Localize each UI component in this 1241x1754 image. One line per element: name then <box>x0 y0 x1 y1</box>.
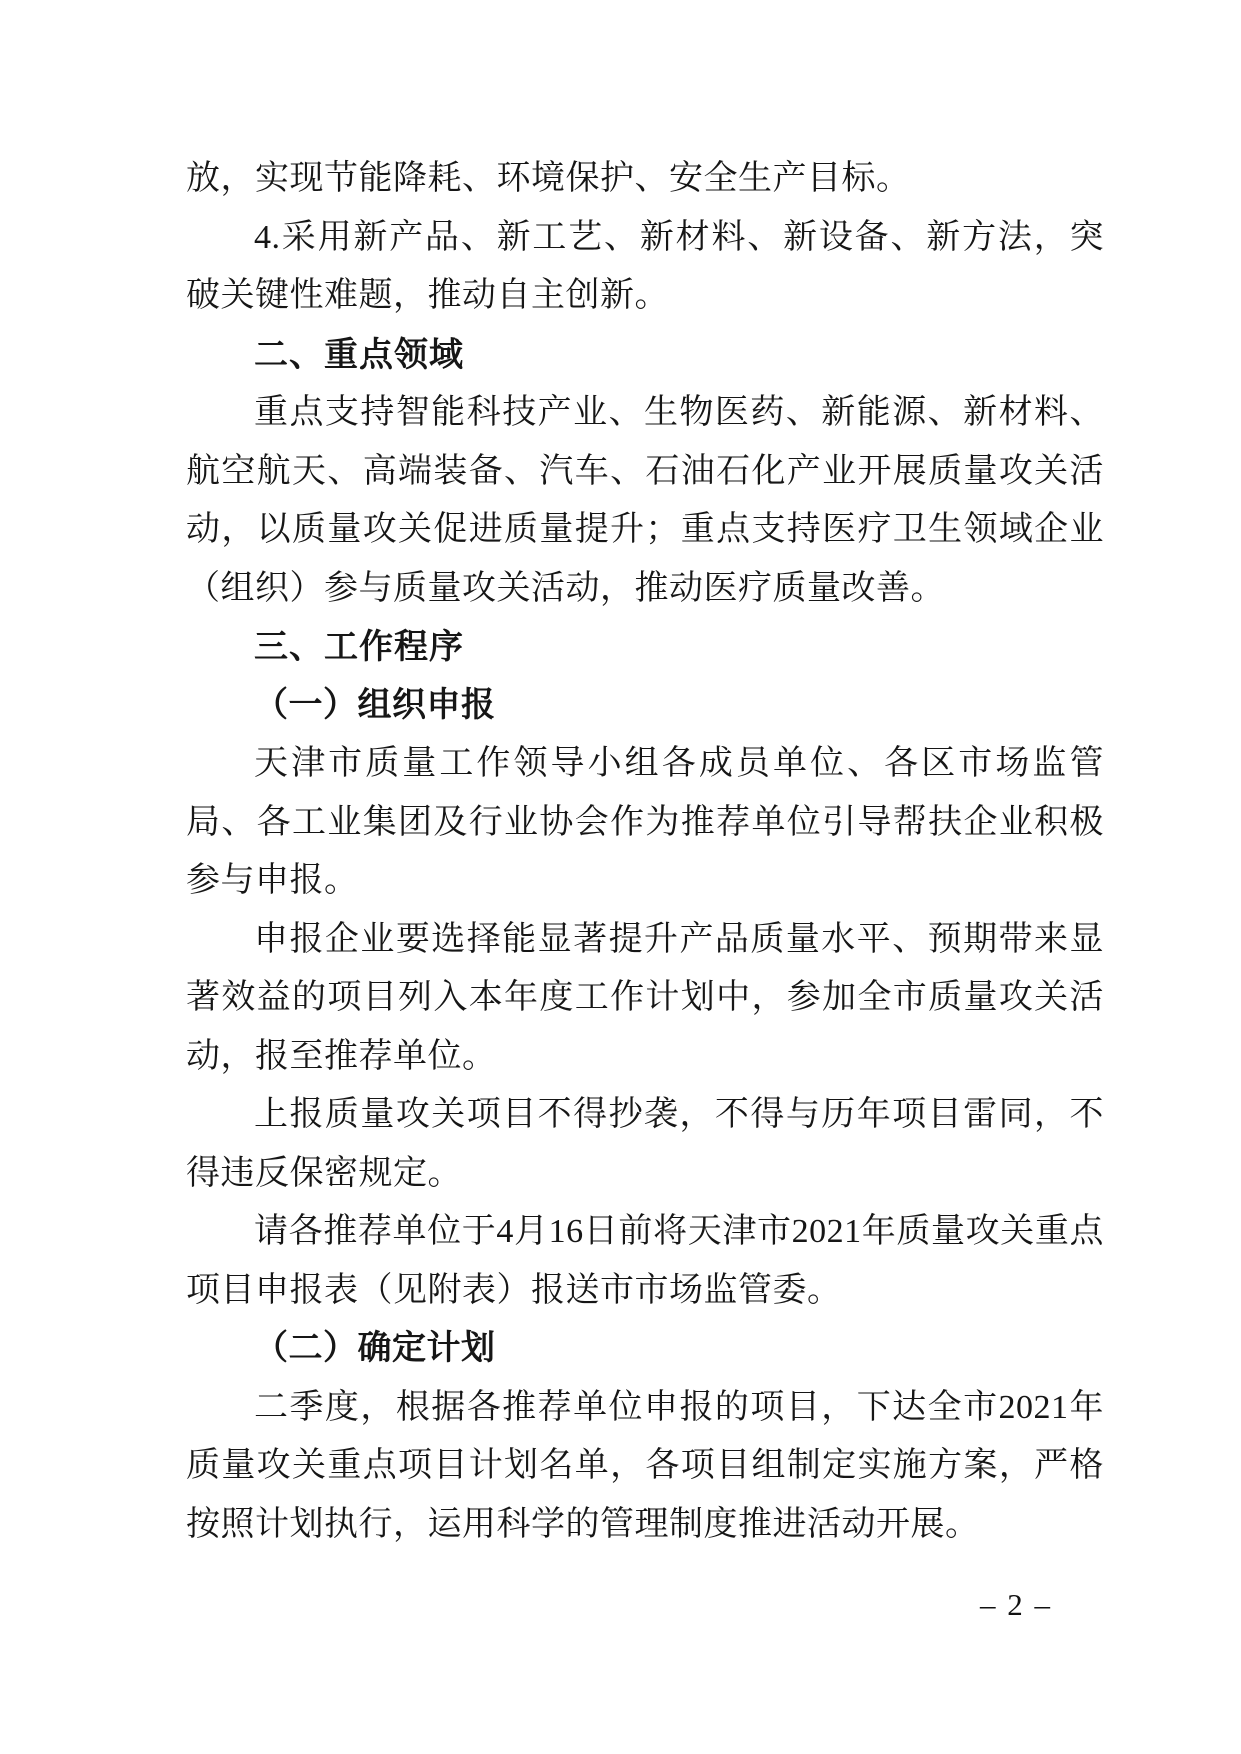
paragraph-submission-deadline: 请各推荐单位于4月16日前将天津市2021年质量攻关重点项目申报表（见附表）报送… <box>186 1203 1104 1320</box>
paragraph-item-4-innovation: 4.采用新产品、新工艺、新材料、新设备、新方法，突破关键性难题，推动自主创新。 <box>186 209 1104 326</box>
subheading-confirm-plan: （二）确定计划 <box>186 1320 1104 1379</box>
document-page: 放，实现节能降耗、环境保护、安全生产目标。 4.采用新产品、新工艺、新材料、新设… <box>0 0 1241 1754</box>
paragraph-recommending-units: 天津市质量工作领导小组各成员单位、各区市场监管局、各工业集团及行业协会作为推荐单… <box>186 735 1104 911</box>
paragraph-no-plagiarism-rule: 上报质量攻关项目不得抄袭，不得与历年项目雷同，不得违反保密规定。 <box>186 1086 1104 1203</box>
paragraph-q2-plan-issuance: 二季度，根据各推荐单位申报的项目，下达全市2021年质量攻关重点项目计划名单，各… <box>186 1379 1104 1555</box>
paragraph-key-areas-industries: 重点支持智能科技产业、生物医药、新能源、新材料、航空航天、高端装备、汽车、石油石… <box>186 384 1104 618</box>
paragraph-enterprise-project-selection: 申报企业要选择能显著提升产品质量水平、预期带来显著效益的项目列入本年度工作计划中… <box>186 911 1104 1087</box>
page-number: – 2 – <box>980 1588 1052 1622</box>
heading-work-procedure: 三、工作程序 <box>186 618 1104 677</box>
paragraph-continued-goals: 放，实现节能降耗、环境保护、安全生产目标。 <box>186 150 1104 209</box>
heading-key-areas: 二、重点领域 <box>186 326 1104 385</box>
subheading-organize-application: （一）组织申报 <box>186 677 1104 736</box>
document-body: 放，实现节能降耗、环境保护、安全生产目标。 4.采用新产品、新工艺、新材料、新设… <box>186 150 1104 1554</box>
